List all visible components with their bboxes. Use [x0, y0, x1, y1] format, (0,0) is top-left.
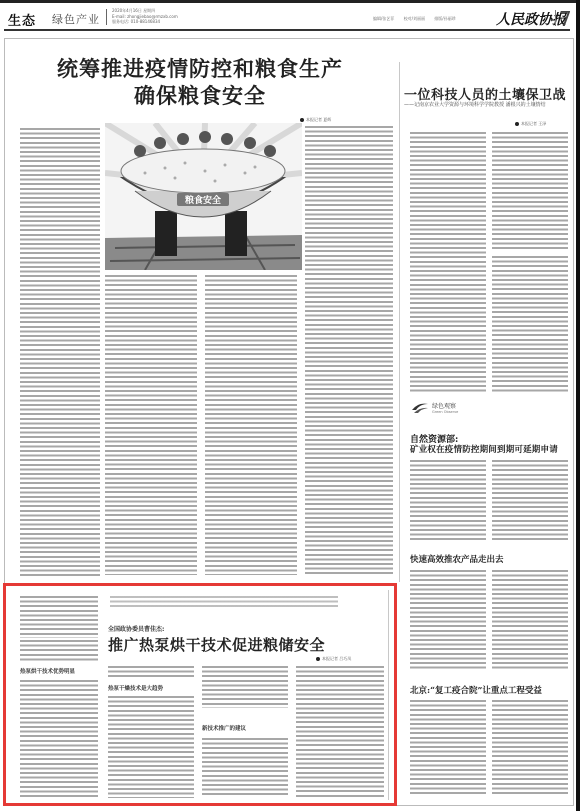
byline-text: 本报记者 王泽	[521, 121, 546, 126]
highlighted-column-2a	[108, 666, 194, 678]
lead-article-column-2	[105, 275, 197, 575]
news-item-1-column-2	[492, 460, 568, 540]
news-item-1-title: 矿业权在疫情防控期间到期可延期申请	[410, 443, 558, 455]
highlighted-column-1a	[20, 640, 98, 662]
editors-credit: 编辑/张艺菲 校对/刘丽丽 排版/孙丽珍	[373, 16, 456, 22]
side-article-column-2	[492, 132, 568, 250]
green-observe-logo: 绿色观察 Green Observe	[410, 400, 470, 420]
byline-text: 本报记者 夏辉	[306, 117, 331, 122]
bullet-icon	[515, 122, 519, 126]
logo-english: Green Observe	[432, 410, 458, 414]
highlighted-column-1b	[20, 680, 98, 798]
highlighted-article-title: 推广热泵烘干技术促进粮储安全	[108, 634, 325, 655]
highlighted-column-4	[296, 666, 384, 798]
title-line-1: 统筹推进疫情防控和粮食生产	[0, 55, 400, 82]
highlighted-column-3a	[202, 666, 288, 708]
svg-text:粮食安全: 粮食安全	[184, 194, 221, 206]
news-item-3-column-1	[410, 700, 486, 796]
highlighted-article-byline: 本报记者 吕巧凤	[316, 656, 351, 662]
lead-article-column-3	[205, 275, 297, 575]
section-name: 生态	[8, 10, 36, 29]
bullet-icon	[300, 118, 304, 122]
highlighted-subhead-1: 热泵烘干技术优势明显	[20, 667, 75, 675]
news-item-3-column-2	[492, 700, 568, 796]
lead-article-column-4	[305, 126, 393, 576]
masthead: 生态 绿色产业 2020年4月16日 星期四 E-mail: zhongjieb…	[6, 6, 574, 30]
page-right-edge	[576, 0, 580, 811]
bullet-icon	[316, 657, 320, 661]
masthead-meta: 2020年4月16日 星期四 E-mail: zhongjiebao@rmzxb…	[112, 8, 178, 25]
highlighted-lead-paragraph	[110, 596, 338, 608]
news-item-2-column-1	[410, 570, 486, 670]
highlighted-column-2b	[108, 696, 194, 798]
column-separator	[399, 62, 400, 582]
lead-article-column-1	[20, 128, 100, 576]
page-number: 7	[559, 7, 572, 31]
side-article-subtitle: ——记南京农业大学资源与环境科学学院教授 潘根兴的土壤情结	[404, 102, 564, 109]
highlighted-article-kicker: 全国政协委员曹佳杰:	[108, 624, 164, 633]
news-item-2-title: 快速高效推农产品走出去	[410, 553, 504, 565]
side-article-column-1	[410, 132, 486, 394]
rice-bowl-illustration: 粮食安全	[105, 123, 302, 270]
lead-article-illustration: 粮食安全	[105, 123, 302, 270]
highlighted-column-3b	[202, 738, 288, 798]
news-item-3-title: 北京:“复工疫合院”让重点工程受益	[410, 684, 542, 696]
highlighted-subhead-2: 热泵干燥技术是大趋势	[108, 684, 163, 692]
highlighted-intro-column	[20, 596, 98, 638]
masthead-divider	[106, 9, 107, 25]
lead-article-title: 统筹推进疫情防控和粮食生产 确保粮食安全	[0, 55, 400, 109]
news-item-1-column-1	[410, 460, 486, 540]
subsection-name: 绿色产业	[52, 11, 100, 27]
highlighted-subhead-3: 新技术推广的建议	[202, 724, 246, 732]
phone-line: 服务电话: 010-88146834	[112, 19, 178, 25]
byline-text: 本报记者 吕巧凤	[322, 656, 351, 661]
highlighted-scrollbar	[388, 590, 389, 800]
lead-article-byline: 本报记者 夏辉	[300, 117, 331, 123]
side-article-column-2b	[492, 256, 568, 394]
page-top-edge	[0, 0, 580, 3]
masthead-divider-right	[555, 10, 556, 26]
news-item-2-column-2	[492, 570, 568, 670]
side-article-byline: 本报记者 王泽	[515, 121, 546, 127]
swirl-logo-icon	[410, 400, 430, 416]
logo-text: 绿色观察	[432, 401, 456, 410]
masthead-rule	[4, 29, 570, 31]
side-article-title: 一位科技人员的土壤保卫战	[404, 84, 566, 103]
title-line-2: 确保粮食安全	[0, 82, 400, 109]
